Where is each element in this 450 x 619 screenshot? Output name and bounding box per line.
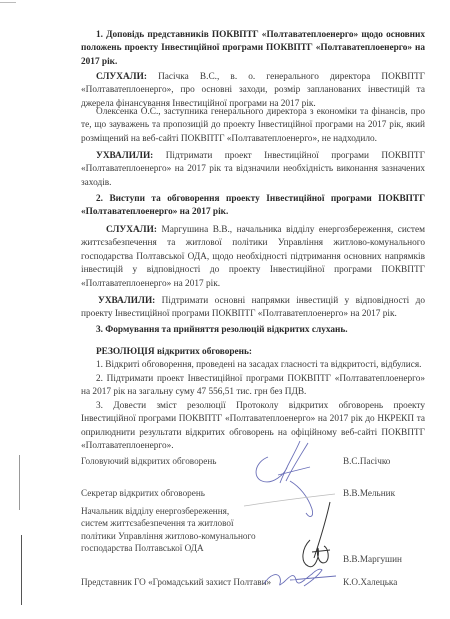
resolution-title-rest: відкритих обговорень: (155, 347, 252, 357)
section-2-heard: СЛУХАЛИ: Маргушина В.В., начальника відд… (81, 224, 425, 291)
role-line: господарства Полтавської ОДА (81, 542, 256, 554)
scan-margin-mark (21, 535, 22, 605)
signature-role-chair: Головуючий відкритих обговорень (81, 455, 216, 467)
resolution-item-2: 2. Підтримати проект Інвестиційної прогр… (81, 373, 425, 400)
signature-name-secretary: В.В.Мельник (343, 488, 395, 498)
section-1-heard-2: Олексенка О.С., заступника генерального … (81, 106, 425, 146)
resolution-item-1: 1. Відкриті обговорення, проведені на за… (81, 359, 425, 372)
role-line: систем життєзабезпечення та житлової (81, 517, 256, 529)
section-2-resolved: УХВАЛИЛИ: Підтримати основні напрямки ін… (81, 295, 425, 322)
heard-label: СЛУХАЛИ: (106, 225, 157, 235)
role-line: політики Управління житлово-комунального (81, 530, 256, 542)
role-line: Начальник відділу енергозбереження, (81, 505, 256, 517)
scan-corner-mark (0, 2, 16, 3)
resolution-title: РЕЗОЛЮЦІЯ відкритих обговорень: (81, 346, 425, 359)
section-1-heading: 1. Доповідь представників ПОКВПТГ «Полта… (81, 29, 425, 69)
heard-label: СЛУХАЛИ: (96, 72, 147, 82)
signature-name-chair: В.С.Пасічко (343, 456, 390, 466)
section-3-heading: 3. Формування та прийняття резолюцій від… (81, 324, 425, 337)
signature-role-secretary: Секретар відкритих обговорень (81, 487, 205, 499)
scan-margin-mark (19, 455, 20, 510)
resolved-label: УХВАЛИЛИ: (98, 296, 155, 306)
resolved-label: УХВАЛИЛИ: (96, 151, 153, 161)
signature-role-head-department: Начальник відділу енергозбереження, сист… (81, 505, 256, 555)
section-1-resolved: УХВАЛИЛИ: Підтримати проект Інвестиційно… (81, 150, 425, 190)
section-2-heading: 2. Виступи та обговорення проекту Інвест… (81, 193, 425, 220)
resolution-title-bold: РЕЗОЛЮЦІЯ (96, 347, 155, 357)
signature-ngo-icon (260, 562, 340, 592)
signature-role-ngo: Представник ГО «Громадський захист Полта… (81, 576, 271, 588)
